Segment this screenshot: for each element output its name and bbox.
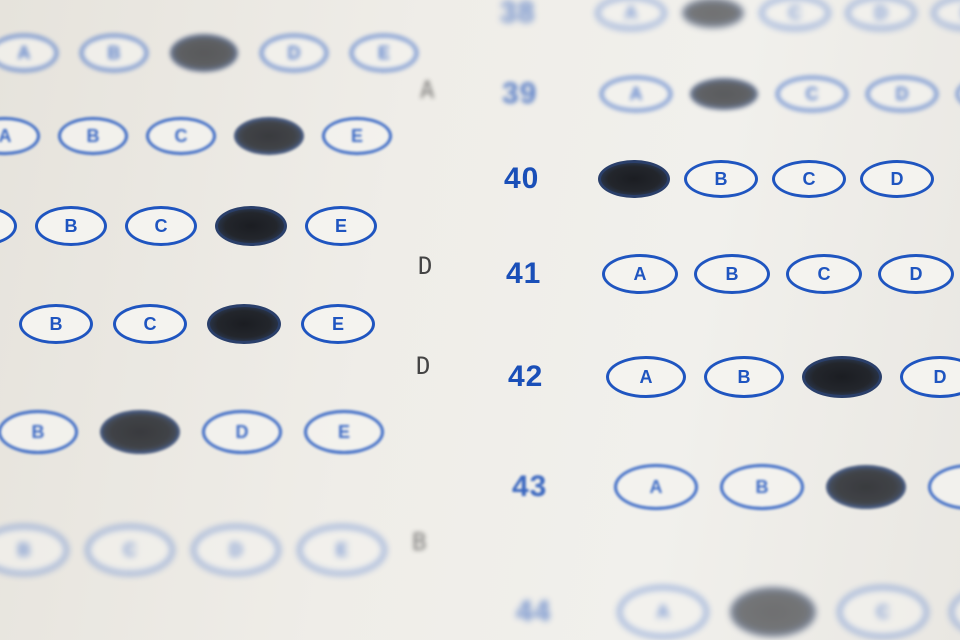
bubble: D	[866, 76, 938, 112]
answer-row-38: 38 A B C D E	[500, 0, 960, 30]
bubble: D	[192, 525, 280, 575]
bubble: D	[202, 410, 282, 454]
answer-sheet-photo: A B C D E A B C D E A B C D E A B C D E …	[0, 0, 960, 640]
answer-row-39: 39 A B C D E	[502, 76, 960, 112]
question-number: 42	[508, 360, 588, 394]
bubble: C	[146, 117, 216, 155]
question-number: 41	[506, 257, 586, 291]
bubble: B	[35, 206, 107, 246]
bubble: B	[0, 410, 78, 454]
bubble: C	[760, 0, 830, 30]
bubble: C	[772, 160, 846, 198]
bubble: D	[950, 586, 960, 638]
bubble: A	[0, 206, 17, 246]
answer-row-41: 41 A B C D	[506, 254, 954, 294]
bubble: C	[838, 586, 928, 638]
bubble: B	[694, 254, 770, 294]
margin-mark: B	[412, 528, 426, 556]
bubble: D	[860, 160, 934, 198]
margin-mark: D	[418, 252, 432, 280]
question-number: 38	[500, 0, 580, 30]
bubble: A	[618, 586, 708, 638]
answer-row-42: 42 A B C D	[508, 356, 960, 398]
bubble: B	[80, 34, 148, 72]
left-row-6: B C D E	[0, 525, 386, 575]
left-row-1: A B C D E	[0, 34, 418, 72]
bubble: A	[606, 356, 686, 398]
bubble-filled: C	[170, 34, 238, 72]
left-row-3: A B C D E	[0, 206, 377, 246]
bubble: E	[956, 76, 960, 112]
question-number: 40	[504, 162, 584, 196]
left-row-5: B C D E	[0, 410, 384, 454]
question-number: 39	[502, 77, 582, 111]
bubble: D	[846, 0, 916, 30]
bubble: B	[704, 356, 784, 398]
bubble: D	[900, 356, 960, 398]
bubble: E	[932, 0, 960, 30]
bubble-filled: A	[598, 160, 670, 198]
bubble: B	[684, 160, 758, 198]
bubble: A	[600, 76, 672, 112]
bubble: C	[776, 76, 848, 112]
bubble: B	[720, 464, 804, 510]
bubble: B	[19, 304, 93, 344]
bubble: C	[125, 206, 197, 246]
bubble-filled: C	[826, 465, 906, 509]
bubble: A	[0, 34, 58, 72]
bubble-filled: C	[802, 356, 882, 398]
bubble: E	[305, 206, 377, 246]
bubble-filled: B	[682, 0, 744, 28]
bubble: B	[0, 525, 68, 575]
left-row-2: A B C D E	[0, 117, 392, 155]
bubble: C	[113, 304, 187, 344]
bubble: E	[301, 304, 375, 344]
question-number: 43	[512, 470, 592, 504]
margin-mark: D	[416, 352, 430, 380]
bubble-filled: C	[100, 410, 180, 454]
answer-row-44: 44 A B C D	[516, 586, 960, 638]
margin-mark: A	[420, 76, 434, 104]
bubble-filled: B	[730, 587, 816, 637]
bubble: A	[596, 0, 666, 30]
bubble-filled: D	[215, 206, 287, 246]
bubble-filled: B	[690, 78, 758, 110]
bubble: A	[602, 254, 678, 294]
bubble-filled: D	[234, 117, 304, 155]
bubble: B	[58, 117, 128, 155]
bubble: C	[786, 254, 862, 294]
bubble: A	[0, 117, 40, 155]
answer-row-43: 43 A B C D	[512, 464, 960, 510]
bubble: C	[86, 525, 174, 575]
bubble-filled: D	[207, 304, 281, 344]
bubble: A	[614, 464, 698, 510]
question-number: 44	[516, 595, 596, 629]
bubble: E	[322, 117, 392, 155]
bubble: E	[298, 525, 386, 575]
bubble: D	[878, 254, 954, 294]
answer-row-40: 40 A B C D	[504, 160, 934, 198]
bubble: E	[350, 34, 418, 72]
bubble: D	[260, 34, 328, 72]
left-row-4: A B C D E	[0, 304, 375, 344]
bubble: E	[304, 410, 384, 454]
bubble: D	[928, 464, 960, 510]
